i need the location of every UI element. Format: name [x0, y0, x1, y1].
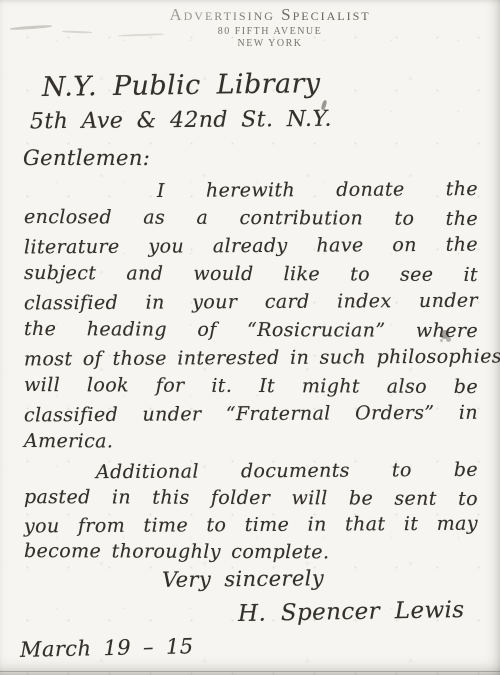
body-line: will look for it. It might also be: [24, 372, 478, 402]
body-line: classified in your card index under: [24, 288, 478, 319]
body-line: most of those interested in such philoso…: [24, 344, 478, 375]
scanned-letter-page: Advertising Specialist 80 FIFTH AVENUE N…: [0, 0, 500, 675]
body-line: I herewith donate the: [157, 176, 478, 206]
letterhead-address: 80 FIFTH AVENUE: [40, 26, 500, 37]
body-line: literature you already have on the: [24, 232, 478, 263]
body-paragraph-1: I herewith donate the enclosed as a cont…: [24, 177, 478, 457]
salutation: Gentlemen:: [23, 146, 150, 170]
body-paragraph-2: Additional documents to be pasted in thi…: [24, 458, 478, 566]
scan-edge-line: [0, 671, 500, 672]
body-line: the heading of “Rosicrucian” where: [24, 316, 478, 346]
signature: H. Spencer Lewis: [238, 597, 465, 627]
body-line: pasted in this folder will be sent to: [24, 484, 478, 513]
body-line: become thoroughly complete.: [24, 538, 478, 567]
body-line: subject and would like to see it: [24, 260, 478, 290]
recipient-address: 5th Ave & 42nd St. N.Y.: [30, 107, 332, 135]
ink-blot: [440, 330, 449, 339]
letterhead-company: Advertising Specialist: [40, 5, 500, 25]
date-line: March 19 – 15: [20, 634, 194, 662]
body-line: Additional documents to be: [96, 457, 478, 486]
letterhead-city: NEW YORK: [40, 38, 500, 49]
body-line: enclosed as a contribution to the: [24, 204, 478, 234]
body-line: classified under “Fraternal Orders” in: [24, 400, 478, 431]
body-line: you from time to time in that it may: [24, 511, 478, 541]
closing: Very sincerely: [162, 566, 324, 592]
letterhead: Advertising Specialist 80 FIFTH AVENUE N…: [40, 5, 500, 49]
body-line: America.: [24, 428, 478, 458]
recipient-name: N.Y. Public Library: [42, 68, 321, 103]
